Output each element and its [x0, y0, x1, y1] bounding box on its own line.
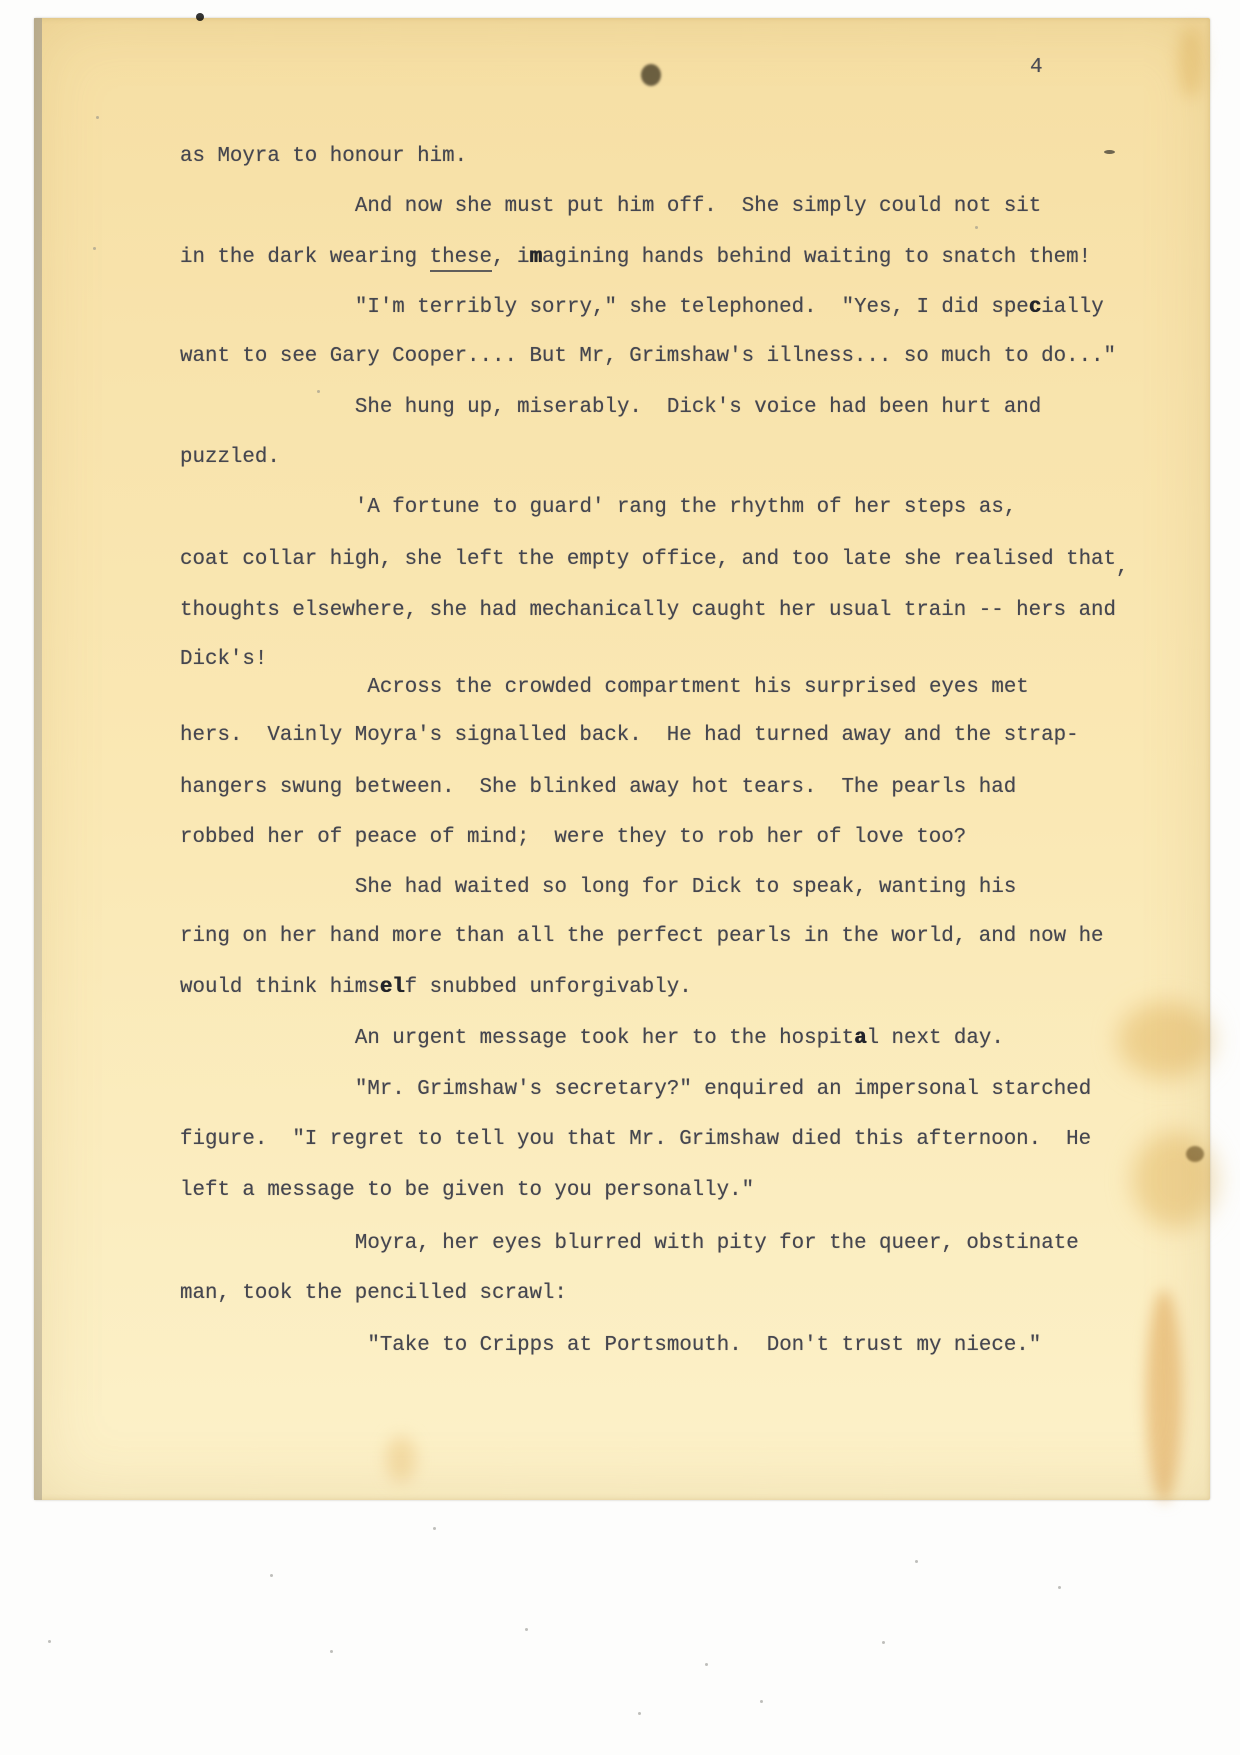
- typed-line: in the dark wearing these, imagining han…: [180, 246, 1091, 272]
- dust-speck: [638, 1712, 641, 1715]
- dust-speck: [525, 1628, 528, 1631]
- stain: [1178, 26, 1204, 98]
- typed-line: coat collar high, she left the empty off…: [180, 548, 1129, 572]
- scan-background: 4 as Moyra to honour him.And now she mus…: [0, 0, 1240, 1755]
- dust-speck: [705, 1663, 708, 1666]
- typed-line: man, took the pencilled scrawl:: [180, 1282, 567, 1306]
- dust-speck: [915, 1560, 918, 1563]
- ink-blot: [641, 64, 661, 86]
- typed-line: 'A fortune to guard' rang the rhythm of …: [355, 496, 1016, 520]
- dust-speck: [270, 1574, 273, 1577]
- typed-line: Moyra, her eyes blurred with pity for th…: [355, 1232, 1079, 1256]
- dust-speck: [1058, 1586, 1061, 1589]
- dust-speck: [93, 247, 96, 250]
- typed-line: hers. Vainly Moyra's signalled back. He …: [180, 724, 1079, 748]
- typed-line: thoughts elsewhere, she had mechanically…: [180, 599, 1116, 623]
- dust-speck: [882, 1641, 885, 1644]
- stain: [1118, 1002, 1214, 1078]
- scanned-document-view: { "page": { "number": "4" }, "ink_color"…: [0, 0, 1240, 1755]
- typed-line: want to see Gary Cooper.... But Mr, Grim…: [180, 345, 1116, 369]
- dust-speck: [760, 1700, 763, 1703]
- dust-speck: [330, 1650, 333, 1653]
- typed-line: robbed her of peace of mind; were they t…: [180, 826, 966, 850]
- typed-line: puzzled.: [180, 446, 280, 470]
- manuscript-page: 4 as Moyra to honour him.And now she mus…: [34, 18, 1210, 1500]
- dust-speck: [975, 226, 978, 229]
- typed-line: left a message to be given to you person…: [180, 1179, 754, 1203]
- typed-line: figure. "I regret to tell you that Mr. G…: [180, 1128, 1091, 1152]
- dust-speck: [317, 390, 320, 393]
- mark: [1186, 1146, 1204, 1162]
- typed-line: She had waited so long for Dick to speak…: [355, 876, 1016, 900]
- stain-streak: [1146, 1290, 1182, 1502]
- typed-line: Across the crowded compartment his surpr…: [367, 676, 1028, 700]
- typed-line: ring on her hand more than all the perfe…: [180, 925, 1104, 949]
- typed-line: hangers swung between. She blinked away …: [180, 776, 1016, 800]
- stain: [1132, 1132, 1218, 1228]
- typed-line: She hung up, miserably. Dick's voice had…: [355, 396, 1041, 420]
- dust-speck: [48, 1640, 51, 1643]
- typed-line: would think himself snubbed unforgivably…: [180, 976, 692, 1000]
- dash-mark: [1104, 150, 1115, 154]
- edge-speck: [196, 13, 204, 21]
- typed-line: An urgent message took her to the hospit…: [355, 1027, 1004, 1051]
- stain: [386, 1436, 416, 1482]
- typed-text-block: as Moyra to honour him.And now she must …: [34, 18, 1210, 1500]
- dust-speck: [433, 1527, 436, 1530]
- typed-line: as Moyra to honour him.: [180, 145, 467, 169]
- typed-line: Dick's!: [180, 648, 267, 672]
- typed-line: "Take to Cripps at Portsmouth. Don't tru…: [367, 1334, 1041, 1358]
- typed-line: And now she must put him off. She simply…: [355, 195, 1041, 219]
- dust-speck: [96, 116, 99, 119]
- typed-line: "I'm terribly sorry," she telephoned. "Y…: [355, 296, 1104, 320]
- typed-line: "Mr. Grimshaw's secretary?" enquired an …: [355, 1078, 1091, 1102]
